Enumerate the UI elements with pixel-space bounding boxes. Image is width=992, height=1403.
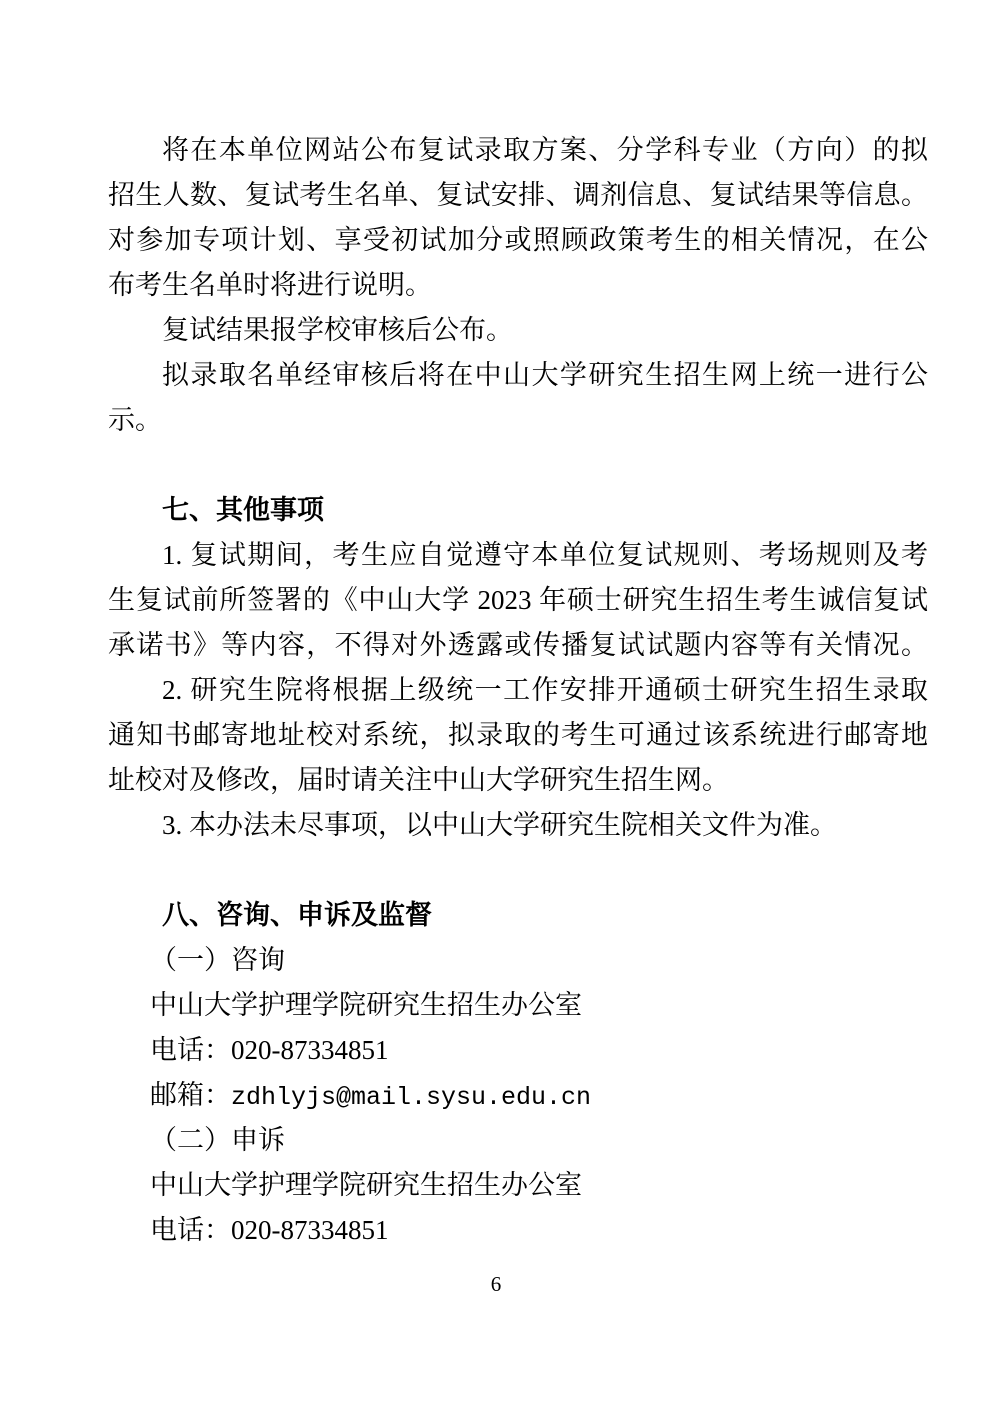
- paragraph-line: 通知书邮寄地址校对系统，拟录取的考生可通过该系统进行邮寄地: [108, 713, 928, 758]
- contact-subheading: （一）咨询: [108, 938, 928, 983]
- contact-line: 中山大学护理学院研究生招生办公室: [108, 983, 928, 1028]
- section-heading: 七、其他事项: [108, 488, 928, 533]
- paragraph-line: 招生人数、复试考生名单、复试安排、调剂信息、复试结果等信息。: [108, 173, 928, 218]
- paragraph-line: 复试结果报学校审核后公布。: [108, 308, 928, 353]
- blank-line: [108, 848, 928, 893]
- paragraph-line: 址校对及修改，届时请关注中山大学研究生招生网。: [108, 758, 928, 803]
- paragraph-line: 拟录取名单经审核后将在中山大学研究生招生网上统一进行公: [108, 353, 928, 398]
- page-body: 将在本单位网站公布复试录取方案、分学科专业（方向）的拟 招生人数、复试考生名单、…: [108, 128, 928, 1253]
- paragraph-line: 1. 复试期间，考生应自觉遵守本单位复试规则、考场规则及考: [108, 533, 928, 578]
- document-page: 将在本单位网站公布复试录取方案、分学科专业（方向）的拟 招生人数、复试考生名单、…: [0, 0, 992, 1403]
- paragraph-line: 承诺书》等内容，不得对外透露或传播复试试题内容等有关情况。: [108, 623, 928, 668]
- contact-line: 邮箱：zdhlyjs@mail.sysu.edu.cn: [108, 1073, 928, 1118]
- contact-subheading: （二）申诉: [108, 1118, 928, 1163]
- paragraph-line: 对参加专项计划、享受初试加分或照顾政策考生的相关情况，在公: [108, 218, 928, 263]
- blank-line: [108, 443, 928, 488]
- email-value: zdhlyjs@mail.sysu.edu.cn: [231, 1083, 591, 1112]
- email-label: 邮箱：: [150, 1080, 231, 1110]
- paragraph-line: 2. 研究生院将根据上级统一工作安排开通硕士研究生招生录取: [108, 668, 928, 713]
- paragraph-line: 3. 本办法未尽事项，以中山大学研究生院相关文件为准。: [108, 803, 928, 848]
- contact-line: 中山大学护理学院研究生招生办公室: [108, 1163, 928, 1208]
- section-heading: 八、咨询、申诉及监督: [108, 893, 928, 938]
- paragraph-line: 示。: [108, 398, 928, 443]
- paragraph-line: 生复试前所签署的《中山大学 2023 年硕士研究生招生考生诚信复试: [108, 578, 928, 623]
- page-number: 6: [0, 1272, 992, 1296]
- contact-line: 电话：020-87334851: [108, 1028, 928, 1073]
- paragraph-line: 将在本单位网站公布复试录取方案、分学科专业（方向）的拟: [108, 128, 928, 173]
- paragraph-line: 布考生名单时将进行说明。: [108, 263, 928, 308]
- contact-line: 电话：020-87334851: [108, 1208, 928, 1253]
